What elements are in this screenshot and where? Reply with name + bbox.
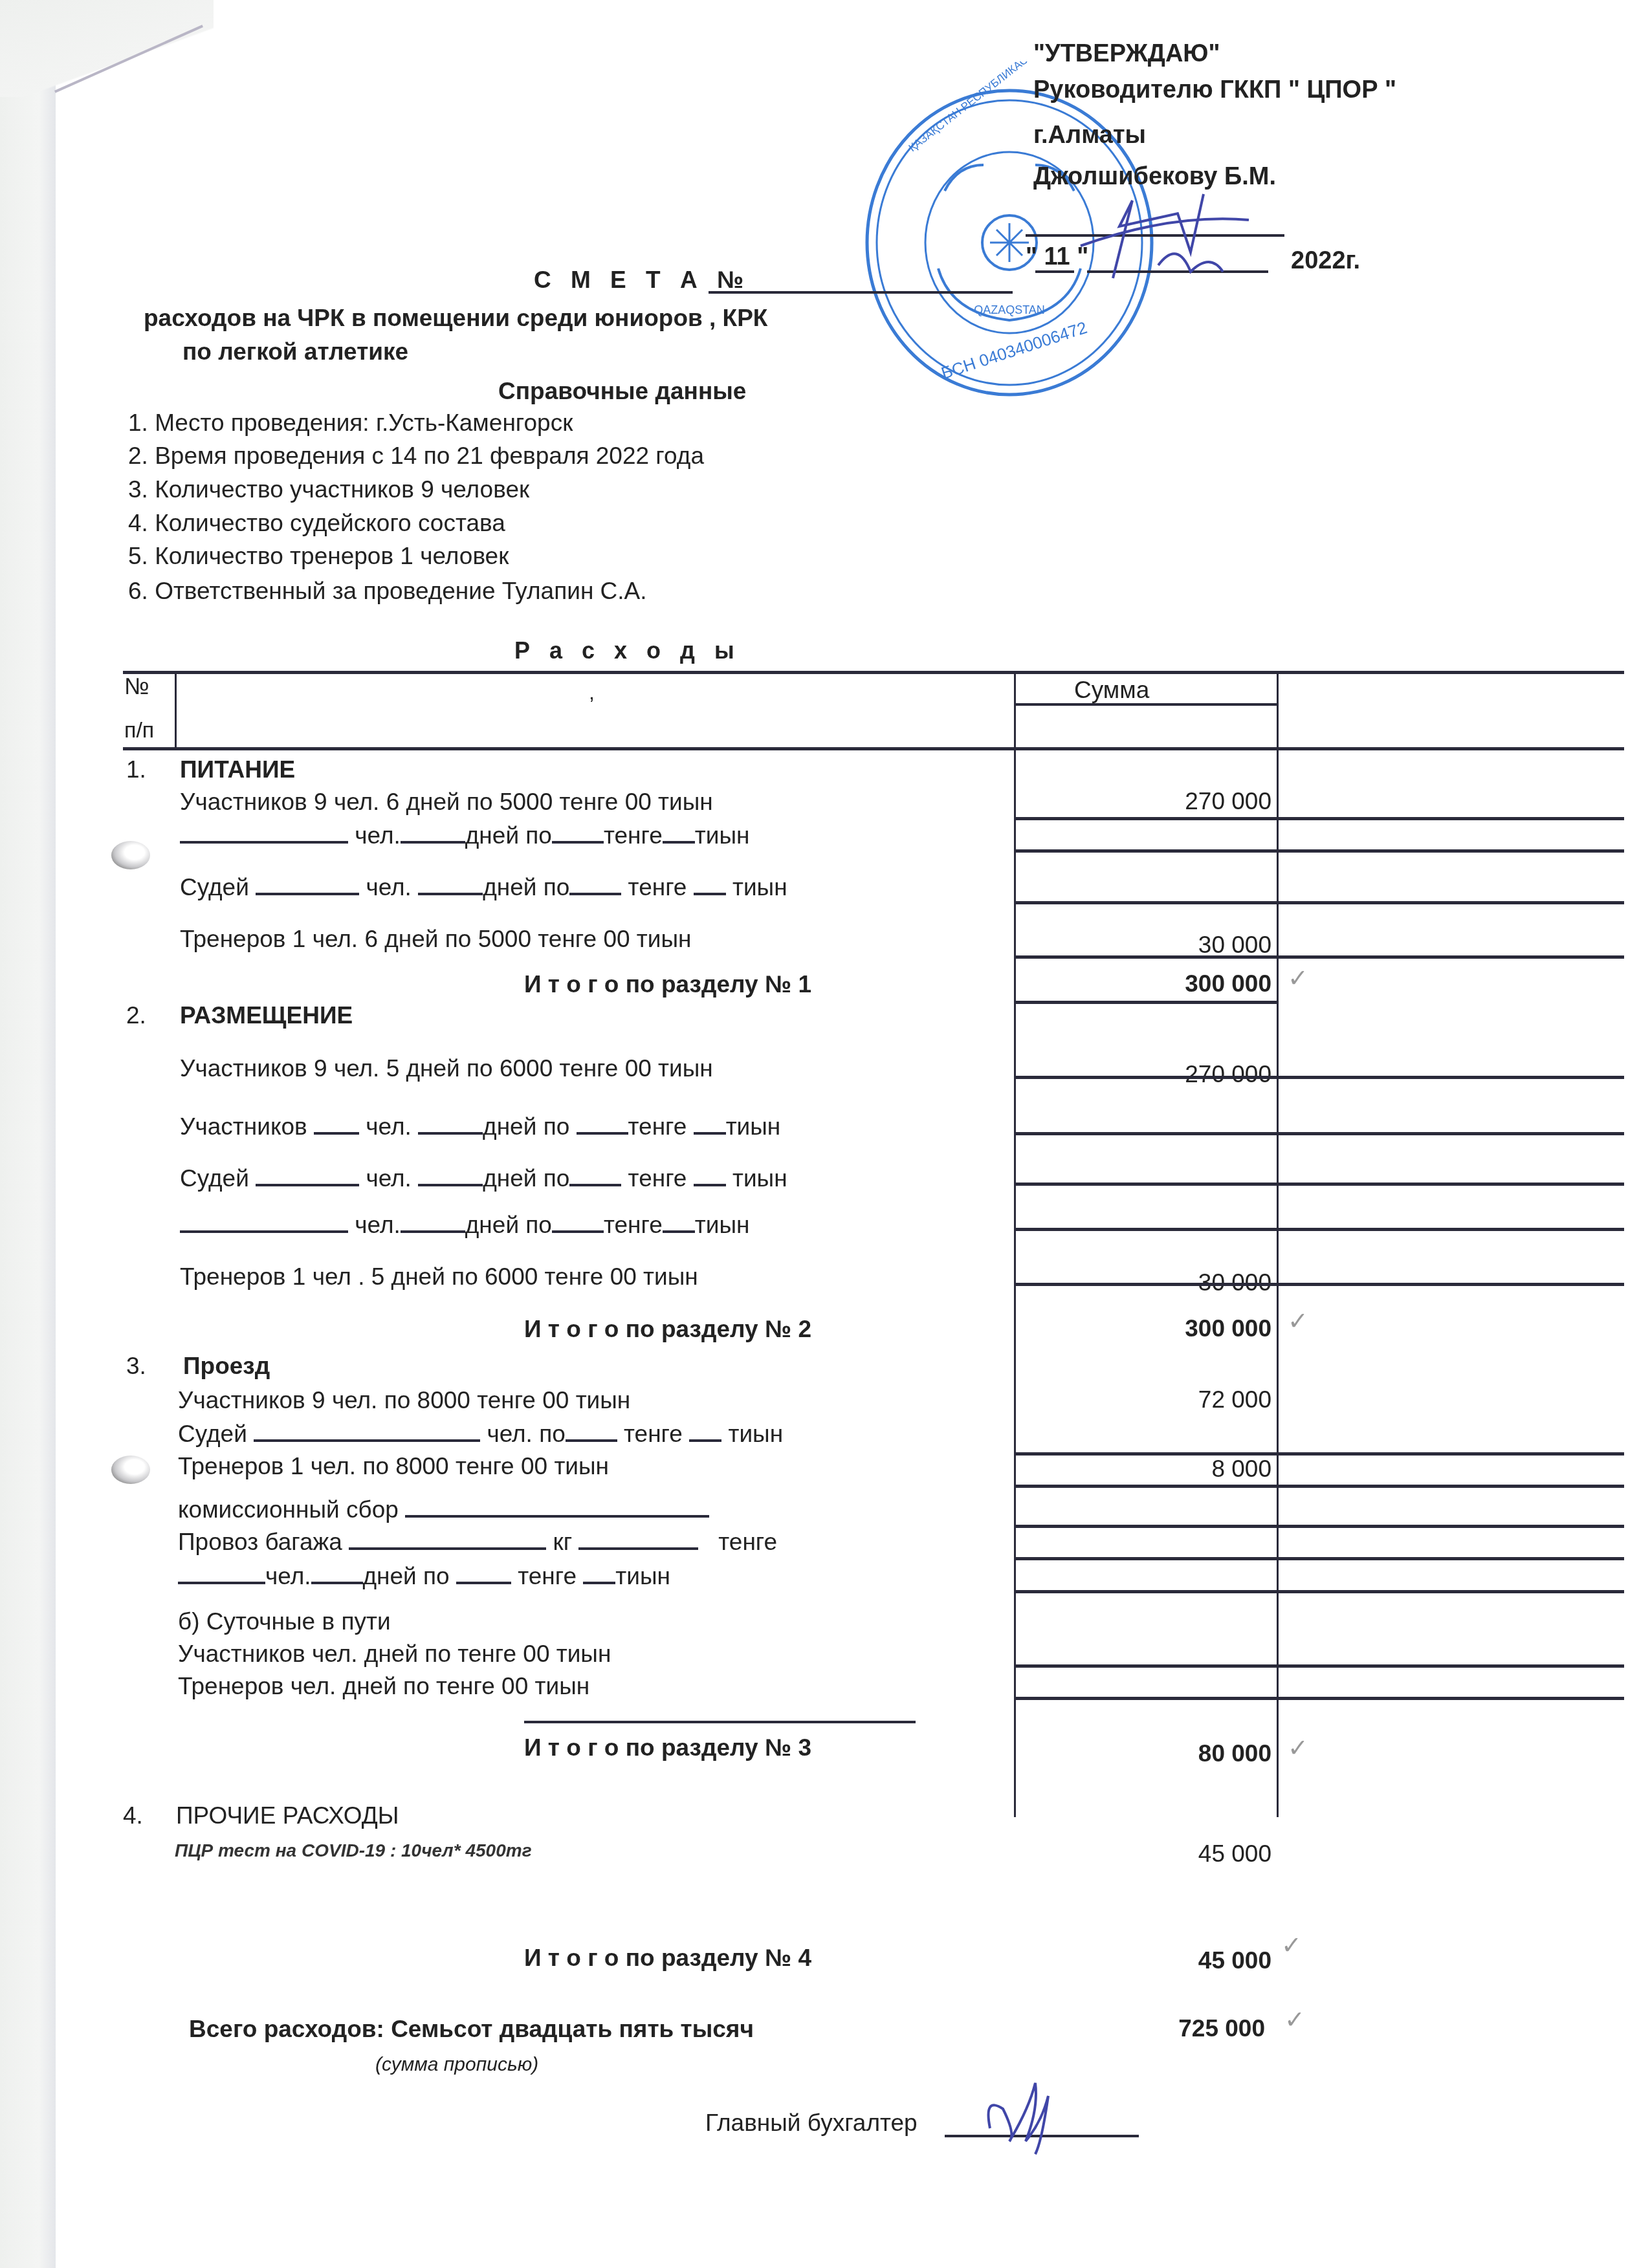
row-line <box>1015 849 1624 853</box>
grand-total: 725 000 <box>1006 2015 1265 2042</box>
grand-total-hint: (сумма прописью) <box>375 2054 538 2076</box>
row-line <box>1015 817 1624 820</box>
amount: 72 000 <box>1013 1386 1271 1413</box>
amount: 8 000 <box>1013 1456 1271 1483</box>
section-num: 3. <box>126 1352 146 1380</box>
accountant-signature <box>977 2070 1074 2161</box>
amount: 45 000 <box>1013 1840 1271 1868</box>
section-num: 2. <box>126 1001 146 1030</box>
line-item-covid-test: ПЦР тест на COVID-19 : 10чел* 4500тг <box>175 1840 532 1861</box>
row-line <box>1015 1590 1624 1593</box>
punch-hole-top <box>111 841 150 869</box>
section-total: 300 000 <box>1013 1315 1271 1342</box>
approval-city: г.Алматы <box>1033 122 1146 149</box>
line-item-blank: Провоз багажа кг тенге <box>178 1528 777 1556</box>
scan-edge-top <box>0 0 214 97</box>
row-line <box>1015 901 1624 904</box>
row-line <box>1015 1001 1277 1004</box>
row-line <box>1015 1697 1624 1700</box>
check-mark-icon: ✓ <box>1284 2005 1305 2034</box>
approval-recipient: Руководителю ГККП " ЦПОР " <box>1033 76 1396 104</box>
table-header-bottom <box>123 747 1624 750</box>
document-subtitle-1: расходов на ЧРК в помещении среди юниоро… <box>144 304 767 333</box>
col-header-num-sub: п/п <box>124 718 154 743</box>
reference-item: 6. Ответственный за проведение Тулапин С… <box>128 577 647 605</box>
total-separator-line <box>524 1721 916 1723</box>
row-line <box>1015 1283 1624 1286</box>
line-item-blank: Участников чел. дней по тенге тиын <box>180 1113 780 1141</box>
sum-header-divider <box>1015 703 1277 706</box>
col-divider-sum-left <box>1014 671 1016 1817</box>
row-line <box>1015 1183 1624 1186</box>
section-title-travel: Проезд <box>183 1352 270 1380</box>
accountant-label: Главный бухгалтер <box>705 2109 918 2137</box>
stamp-center-text: QAZAQSTAN <box>974 303 1045 316</box>
director-signature <box>1042 175 1255 291</box>
section-total-label: И т о г о по разделу № 1 <box>524 970 811 999</box>
row-line <box>1015 1525 1624 1528</box>
expenses-title: Р а с х о д ы <box>514 637 741 664</box>
section-total-label: И т о г о по разделу № 2 <box>524 1315 811 1344</box>
line-item: Участников 9 чел. 5 дней по 6000 тенге 0… <box>180 1054 713 1083</box>
line-item: Тренеров 1 чел. 6 дней по 5000 тенге 00 … <box>180 925 691 954</box>
check-mark-icon: ✓ <box>1281 1931 1302 1960</box>
section-title-accommodation: РАЗМЕЩЕНИЕ <box>180 1001 353 1030</box>
reference-item: 4. Количество судейского состава <box>128 509 505 538</box>
check-mark-icon: ✓ <box>1288 1734 1308 1763</box>
scan-edge-left <box>0 0 56 2268</box>
line-item: Тренеров чел. дней по тенге 00 тиын <box>178 1672 589 1701</box>
row-line <box>1015 1228 1624 1231</box>
line-item: Участников 9 чел. по 8000 тенге 00 тиын <box>178 1386 630 1415</box>
line-item-blank: Судей чел. дней по тенге тиын <box>180 1164 787 1193</box>
stamp-bsn: БСН 040340006472 <box>939 318 1090 383</box>
line-item-blank: Судей чел. по тенге тиын <box>178 1420 783 1448</box>
line-item-blank: чел.дней потенгетиын <box>180 1211 749 1239</box>
reference-item: 1. Место проведения: г.Усть-Каменгорск <box>128 409 573 437</box>
check-mark-icon: ✓ <box>1288 1307 1308 1336</box>
line-item: Тренеров 1 чел. по 8000 тенге 00 тиын <box>178 1452 609 1481</box>
line-item: б) Суточные в пути <box>178 1608 391 1636</box>
section-num: 1. <box>126 756 146 784</box>
row-line <box>1015 955 1624 959</box>
line-item: Участников 9 чел. 6 дней по 5000 тенге 0… <box>180 788 713 816</box>
section-total: 45 000 <box>1013 1947 1271 1974</box>
section-total: 300 000 <box>1013 970 1271 998</box>
row-line <box>1015 1557 1624 1560</box>
table-top-border <box>123 671 1624 674</box>
section-title-other: ПРОЧИЕ РАСХОДЫ <box>176 1802 399 1830</box>
approval-date-year: 2022г. <box>1291 247 1360 275</box>
line-item: Тренеров 1 чел . 5 дней по 6000 тенге 00… <box>180 1263 698 1291</box>
section-num: 4. <box>123 1802 143 1830</box>
line-item-blank: комиссионный сбор <box>178 1496 709 1524</box>
col-divider-num <box>175 671 177 747</box>
reference-title: Справочные данные <box>498 377 746 406</box>
document-subtitle-2: по легкой атлетике <box>182 338 408 366</box>
line-item: Участников чел. дней по тенге 00 тиын <box>178 1640 611 1668</box>
punch-hole-bottom <box>111 1456 150 1484</box>
section-total-label: И т о г о по разделу № 3 <box>524 1734 811 1762</box>
row-line <box>1015 1485 1624 1488</box>
section-title-food: ПИТАНИЕ <box>180 756 295 784</box>
line-item-blank: Судей чел. дней по тенге тиын <box>180 873 787 902</box>
amount: 270 000 <box>1013 1061 1271 1088</box>
row-line <box>1015 1076 1624 1079</box>
document-title: С М Е Т А № <box>534 267 750 294</box>
reference-item: 5. Количество тренеров 1 человек <box>128 542 509 571</box>
line-item-blank: чел.дней потенгетиын <box>180 822 749 850</box>
grand-total-label: Всего расходов: Семьсот двадцать пять ты… <box>189 2015 754 2044</box>
reference-item: 3. Количество участников 9 человек <box>128 475 529 504</box>
amount: 270 000 <box>1013 788 1271 815</box>
section-total: 80 000 <box>1013 1740 1271 1767</box>
section-total-label: И т о г о по разделу № 4 <box>524 1944 811 1972</box>
amount: 30 000 <box>1013 932 1271 959</box>
col-header-num: № <box>124 673 149 700</box>
row-line <box>1015 1664 1624 1668</box>
col-divider-sum-right <box>1277 671 1279 1817</box>
stray-comma-mark: , <box>589 681 595 704</box>
col-header-sum: Сумма <box>1074 677 1149 704</box>
document-number-line <box>709 291 1013 294</box>
approval-title: "УТВЕРЖДАЮ" <box>1033 40 1220 68</box>
line-item-blank: чел.дней по тенге тиын <box>178 1562 670 1591</box>
row-line <box>1015 1132 1624 1135</box>
reference-item: 2. Время проведения с 14 по 21 февраля 2… <box>128 442 704 470</box>
check-mark-icon: ✓ <box>1288 964 1308 993</box>
